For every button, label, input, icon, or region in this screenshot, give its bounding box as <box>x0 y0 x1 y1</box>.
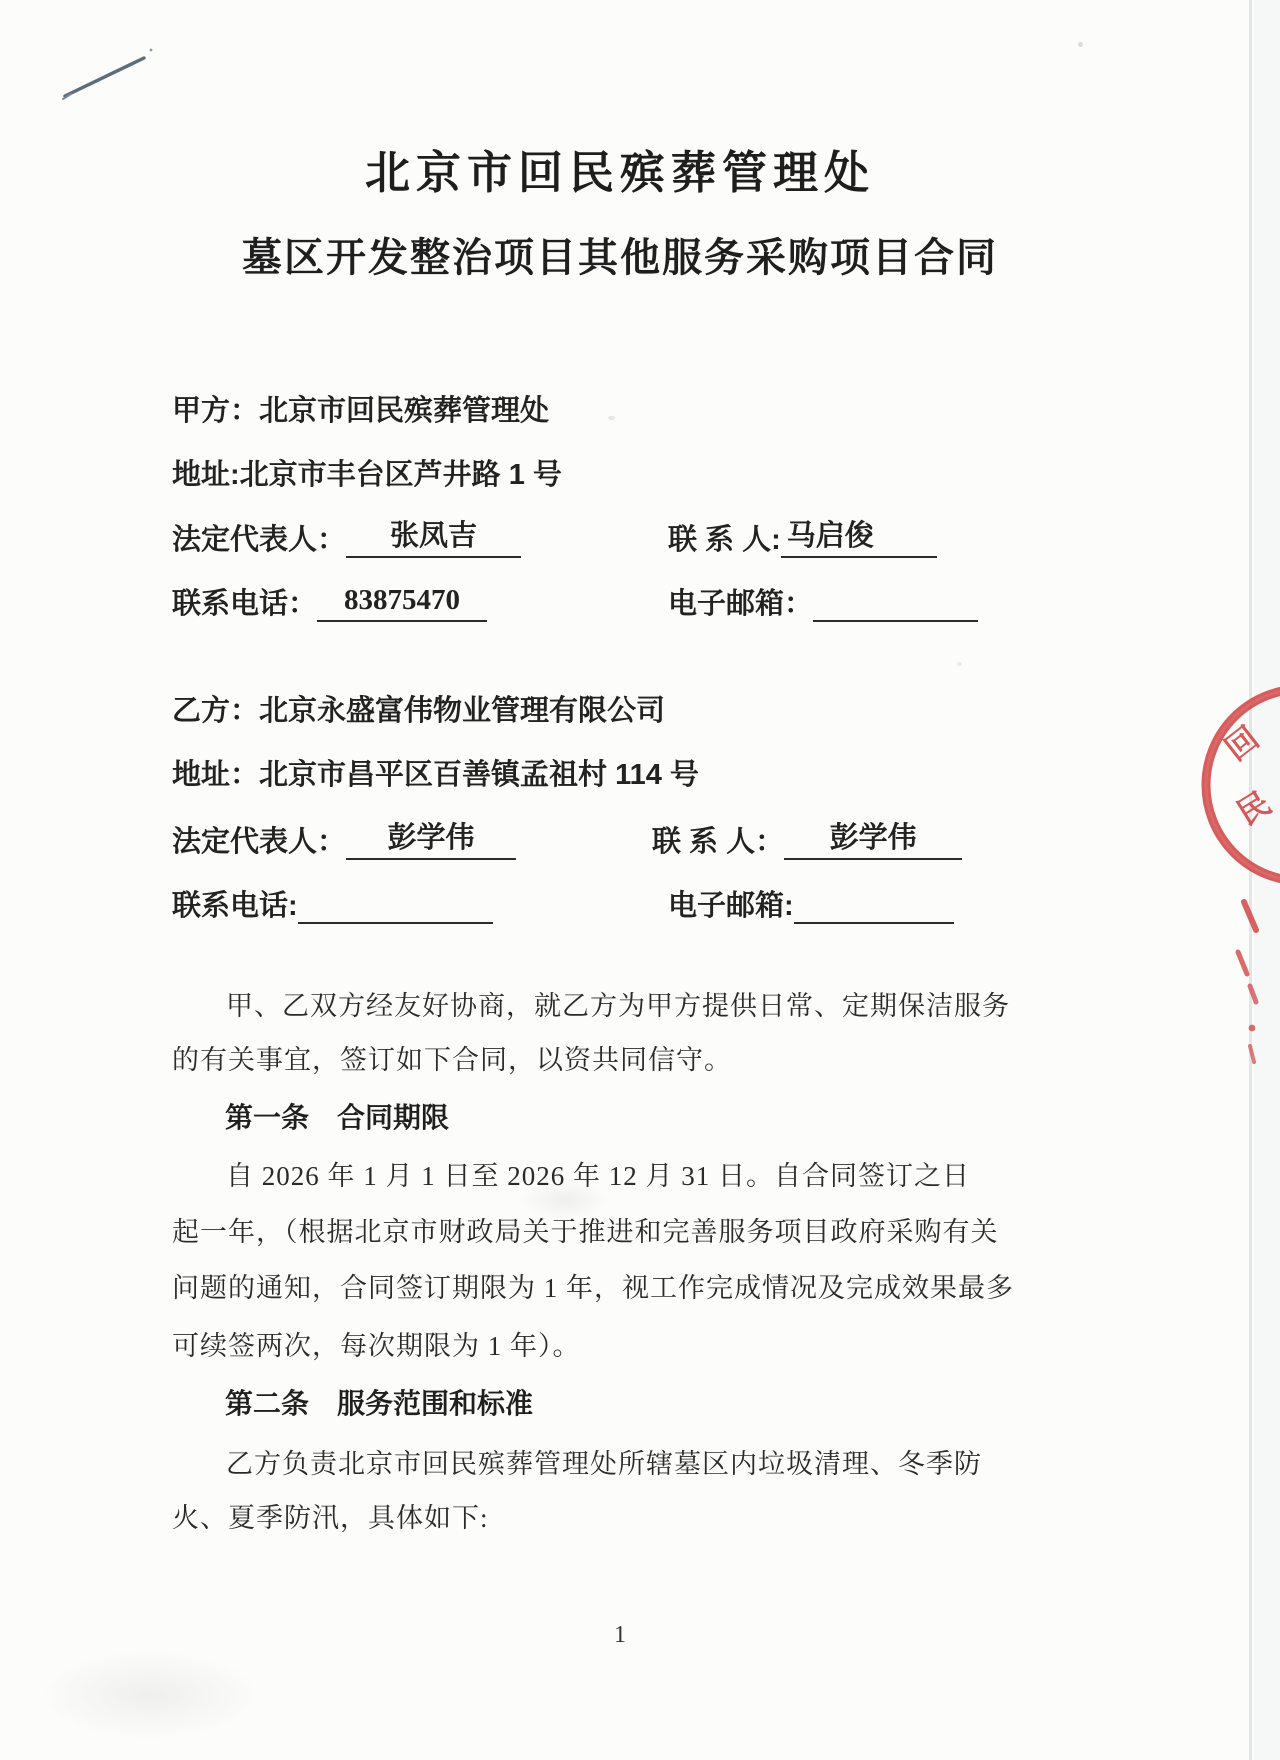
party-a-contact-value: 马启俊 <box>781 516 937 558</box>
scan-smudge <box>40 1650 260 1740</box>
party-a-phone-value: 83875470 <box>317 580 487 622</box>
party-b-phone-row: 联系电话: 电子邮箱: <box>172 882 1032 926</box>
party-a-label: 甲方： <box>172 388 259 429</box>
article-1-line: 问题的通知，合同签订期限为 1 年，视工作完成情况及完成效果最多 <box>172 1266 972 1305</box>
preamble-line: 的有关事宜，签订如下合同，以资共同信守。 <box>172 1038 972 1077</box>
party-a-address: 北京市丰台区芦井路 1 号 <box>240 452 562 493</box>
party-b-label: 乙方： <box>172 688 259 729</box>
party-a-address-row: 地址: 北京市丰台区芦井路 1 号 <box>172 452 1032 496</box>
official-seal-icon: 回 民 <box>1150 630 1280 1070</box>
contract-title: 北京市回民殡葬管理处 <box>0 136 1240 201</box>
party-a-phone-label: 联系电话： <box>172 581 317 622</box>
article-1-title: 合同期限 <box>337 1102 449 1133</box>
article-2-heading: 第二条服务范围和标准 <box>225 1382 533 1422</box>
party-a-phone-row: 联系电话： 83875470 电子邮箱： <box>172 580 1032 624</box>
article-1-line: 自 2026 年 1 月 1 日至 2026 年 12 月 31 日。自合同签订… <box>172 1154 1026 1193</box>
article-1-heading: 第一条合同期限 <box>225 1096 449 1136</box>
scan-speck <box>957 662 962 666</box>
party-b-phone-value <box>298 882 493 924</box>
party-b-name-row: 乙方： 北京永盛富伟物业管理有限公司 <box>172 688 1032 732</box>
party-b-address: 北京市昌平区百善镇孟祖村 114 号 <box>259 752 699 793</box>
party-a-legal-rep-label: 法定代表人： <box>172 517 346 558</box>
party-b-email-value <box>794 882 954 924</box>
party-b-phone-label: 联系电话: <box>172 883 298 924</box>
pen-mark-icon <box>45 40 165 120</box>
party-b-contact-value: 彭学伟 <box>784 818 962 860</box>
seal-character: 民 <box>1231 784 1277 831</box>
official-seal: 回 民 <box>1150 630 1280 1070</box>
contract-subtitle: 墓区开发整治项目其他服务采购项目合同 <box>0 226 1240 283</box>
party-b-address-row: 地址： 北京市昌平区百善镇孟祖村 114 号 <box>172 752 1032 796</box>
party-a-name: 北京市回民殡葬管理处 <box>259 388 549 429</box>
party-b-legal-rep-value: 彭学伟 <box>346 818 516 860</box>
party-a-email-label: 电子邮箱： <box>668 581 813 622</box>
party-a-name-row: 甲方： 北京市回民殡葬管理处 <box>172 388 1032 432</box>
party-b-contact-label: 联 系 人： <box>652 819 784 860</box>
article-2-line: 乙方负责北京市回民殡葬管理处所辖墓区内垃圾清理、冬季防 <box>172 1442 1026 1481</box>
party-a-legal-rep-value: 张凤吉 <box>346 516 521 558</box>
party-b-email-label: 电子邮箱: <box>668 883 794 924</box>
party-a-email-value <box>813 580 978 622</box>
article-2-number: 第二条 <box>225 1388 309 1419</box>
page-number: 1 <box>575 1622 665 1649</box>
article-1-number: 第一条 <box>225 1102 309 1133</box>
party-b-name: 北京永盛富伟物业管理有限公司 <box>259 688 665 729</box>
party-a-contact-label: 联 系 人: <box>668 517 781 558</box>
party-b-rep-row: 法定代表人： 彭学伟 联 系 人： 彭学伟 <box>172 818 1032 862</box>
scanned-contract-page: 北京市回民殡葬管理处 墓区开发整治项目其他服务采购项目合同 甲方： 北京市回民殡… <box>0 0 1280 1760</box>
article-2-title: 服务范围和标准 <box>337 1388 533 1419</box>
party-b-legal-rep-label: 法定代表人： <box>172 819 346 860</box>
party-a-rep-row: 法定代表人： 张凤吉 联 系 人: 马启俊 <box>172 516 1032 560</box>
article-2-line: 火、夏季防汛，具体如下: <box>172 1496 972 1535</box>
article-1-line: 起一年，（根据北京市财政局关于推进和完善服务项目政府采购有关 <box>172 1210 972 1249</box>
party-a-address-label: 地址: <box>172 452 240 493</box>
preamble-line: 甲、乙双方经友好协商，就乙方为甲方提供日常、定期保洁服务 <box>172 984 1026 1023</box>
scan-speck <box>1078 42 1083 47</box>
article-1-line: 可续签两次，每次期限为 1 年）。 <box>172 1324 972 1363</box>
party-b-address-label: 地址： <box>172 752 259 793</box>
